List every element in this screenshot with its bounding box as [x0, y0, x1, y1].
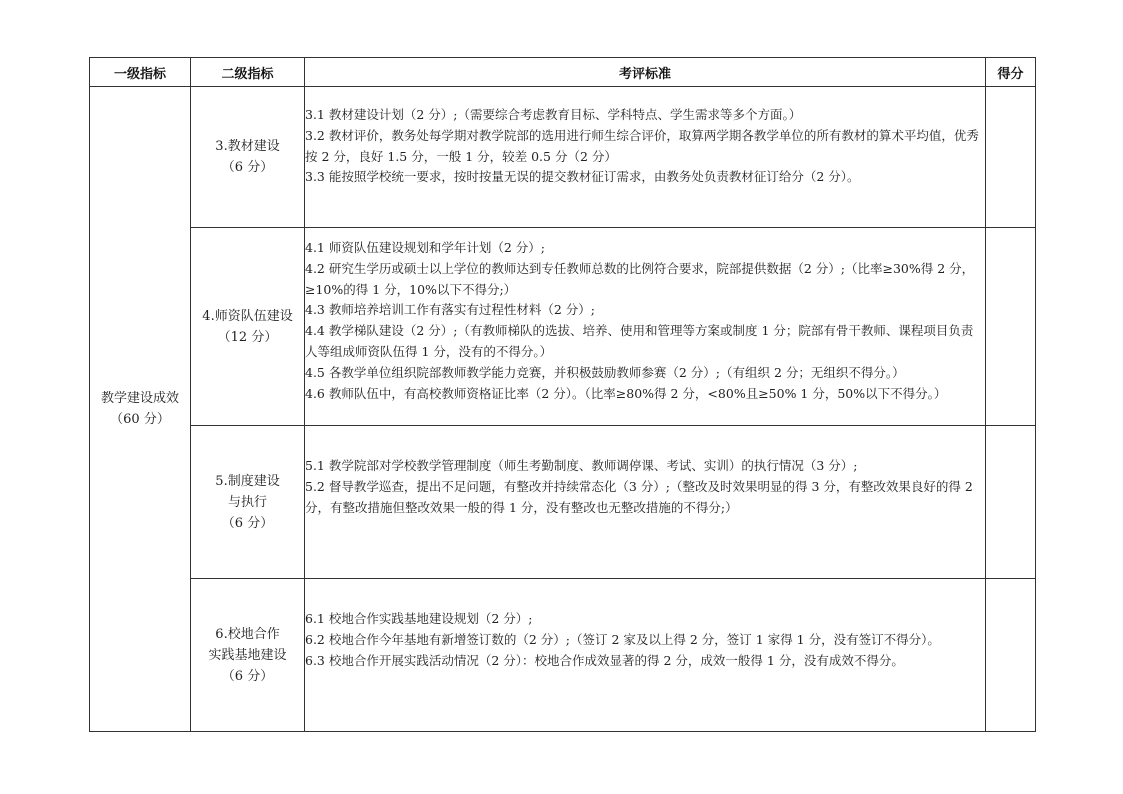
- criteria-cell: 4.1 师资队伍建设规划和学年计划（2 分）; 4.2 研究生学历或硕士以上学位…: [305, 228, 986, 426]
- level2-points: （6 分）: [191, 666, 304, 687]
- level2-label: 3.教材建设: [191, 136, 304, 157]
- level2-points: （6 分）: [191, 513, 304, 534]
- header-level2: 二级指标: [191, 58, 305, 87]
- level2-cell: 5.制度建设 与执行 （6 分）: [191, 426, 305, 579]
- level2-cell: 3.教材建设 （6 分）: [191, 87, 305, 228]
- score-cell[interactable]: [986, 579, 1036, 732]
- criterion-item: 3.1 教材建设计划（2 分）;（需要综合考虑教育目标、学科特点、学生需求等多个…: [305, 105, 985, 126]
- criterion-item: 4.5 各教学单位组织院部教师教学能力竞赛，并积极鼓励教师参赛（2 分）;（有组…: [305, 363, 985, 384]
- criteria-cell: 5.1 教学院部对学校教学管理制度（师生考勤制度、教师调停课、考试、实训）的执行…: [305, 426, 986, 579]
- level2-label: 5.制度建设: [191, 471, 304, 492]
- table-row: 5.制度建设 与执行 （6 分） 5.1 教学院部对学校教学管理制度（师生考勤制…: [90, 426, 1036, 579]
- criterion-item: 4.1 师资队伍建设规划和学年计划（2 分）;: [305, 238, 985, 259]
- level2-label-cont: 实践基地建设: [191, 645, 304, 666]
- criterion-item: 5.1 教学院部对学校教学管理制度（师生考勤制度、教师调停课、考试、实训）的执行…: [305, 456, 985, 477]
- criterion-item: 5.2 督导教学巡查，提出不足问题，有整改并持续常态化（3 分）;（整改及时效果…: [305, 477, 985, 519]
- table-row: 6.校地合作 实践基地建设 （6 分） 6.1 校地合作实践基地建设规划（2 分…: [90, 579, 1036, 732]
- level1-name: 教学建设成效: [90, 388, 190, 409]
- criterion-item: 6.2 校地合作今年基地有新增签订数的（2 分）;（签订 2 家及以上得 2 分…: [305, 630, 985, 651]
- criterion-item: 4.6 教师队伍中，有高校教师资格证比率（2 分）。（比率≥80%得 2 分，<…: [305, 384, 985, 405]
- level2-cell: 6.校地合作 实践基地建设 （6 分）: [191, 579, 305, 732]
- header-criteria: 考评标准: [305, 58, 986, 87]
- level2-label: 4.师资队伍建设: [191, 306, 304, 327]
- table-row: 4.师资队伍建设 （12 分） 4.1 师资队伍建设规划和学年计划（2 分）; …: [90, 228, 1036, 426]
- score-cell[interactable]: [986, 228, 1036, 426]
- level1-points: （60 分）: [90, 409, 190, 430]
- level2-points: （12 分）: [191, 327, 304, 348]
- header-level1: 一级指标: [90, 58, 191, 87]
- criteria-cell: 6.1 校地合作实践基地建设规划（2 分）; 6.2 校地合作今年基地有新增签订…: [305, 579, 986, 732]
- score-cell[interactable]: [986, 426, 1036, 579]
- level2-points: （6 分）: [191, 157, 304, 178]
- criterion-item: 4.2 研究生学历或硕士以上学位的教师达到专任教师总数的比例符合要求，院部提供数…: [305, 259, 985, 301]
- header-score: 得分: [986, 58, 1036, 87]
- criterion-item: 4.4 教学梯队建设（2 分）;（有教师梯队的选拔、培养、使用和管理等方案或制度…: [305, 321, 985, 363]
- criteria-cell: 3.1 教材建设计划（2 分）;（需要综合考虑教育目标、学科特点、学生需求等多个…: [305, 87, 986, 228]
- level2-cell: 4.师资队伍建设 （12 分）: [191, 228, 305, 426]
- table-row: 教学建设成效 （60 分） 3.教材建设 （6 分） 3.1 教材建设计划（2 …: [90, 87, 1036, 228]
- criterion-item: 3.2 教材评价，教务处每学期对教学院部的选用进行师生综合评价，取算两学期各教学…: [305, 126, 985, 168]
- evaluation-table: 一级指标 二级指标 考评标准 得分 教学建设成效 （60 分） 3.教材建设 （…: [89, 57, 1036, 732]
- score-cell[interactable]: [986, 87, 1036, 228]
- criterion-item: 4.3 教师培养培训工作有落实有过程性材料（2 分）;: [305, 300, 985, 321]
- criterion-item: 6.1 校地合作实践基地建设规划（2 分）;: [305, 609, 985, 630]
- level2-label-cont: 与执行: [191, 492, 304, 513]
- header-row: 一级指标 二级指标 考评标准 得分: [90, 58, 1036, 87]
- criterion-item: 6.3 校地合作开展实践活动情况（2 分）：校地合作成效显著的得 2 分，成效一…: [305, 651, 985, 672]
- criterion-item: 3.3 能按照学校统一要求，按时按量无误的提交教材征订需求，由教务处负责教材征订…: [305, 167, 985, 188]
- level2-label: 6.校地合作: [191, 624, 304, 645]
- level1-cell: 教学建设成效 （60 分）: [90, 87, 191, 732]
